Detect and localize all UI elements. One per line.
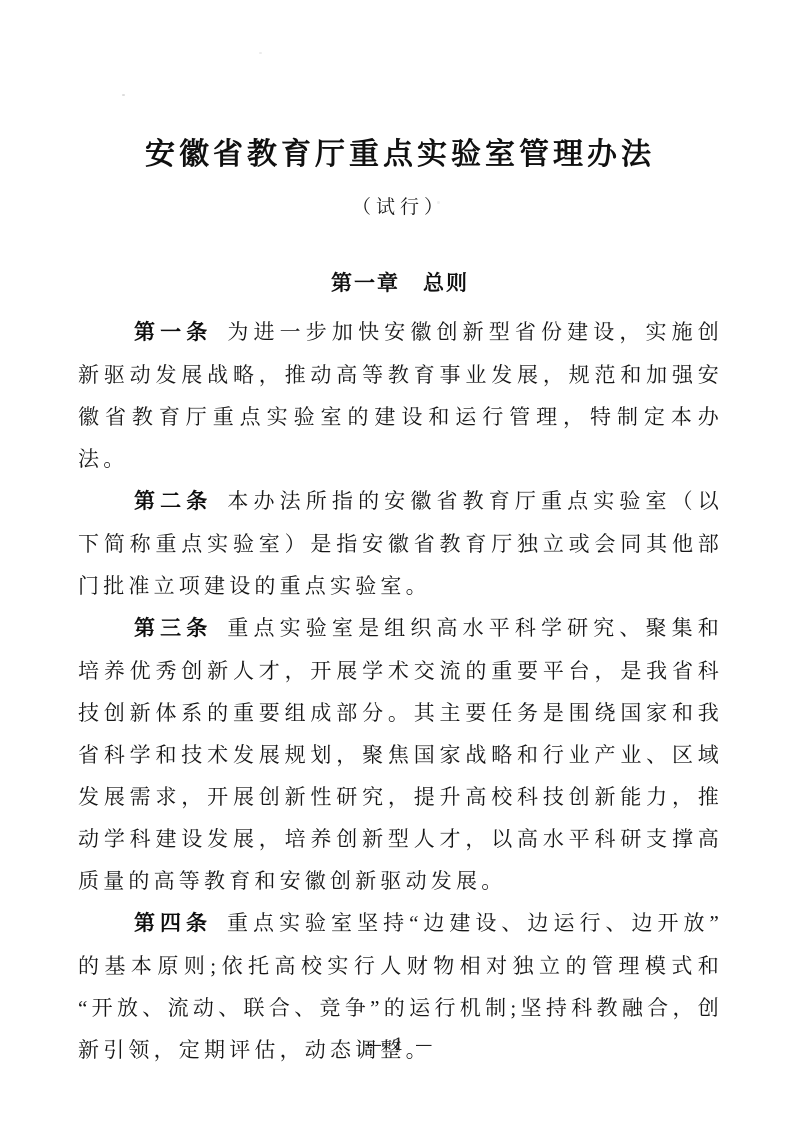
article-1-label: 第一条 (134, 321, 212, 344)
document-subtitle: （试行） (0, 196, 800, 220)
document-title: 安徽省教育厅重点实验室管理办法 (0, 0, 800, 174)
scan-speck (122, 94, 125, 96)
scan-speck (259, 52, 262, 54)
page-number: — 1 — (0, 1035, 800, 1055)
article-3-label: 第三条 (134, 617, 212, 640)
article-paragraph-1: 第一条为进一步加快安徽创新型省份建设，实施创新驱动发展战略，推动高等教育事业发展… (78, 311, 723, 480)
article-paragraph-2: 第二条本办法所指的安徽省教育厅重点实验室（以下简称重点实验室）是指安徽省教育厅独… (78, 480, 723, 607)
document-page: 安徽省教育厅重点实验室管理办法 （试行） 第一章 总则 第一条为进一步加快安徽创… (0, 0, 800, 1131)
document-body: 第一条为进一步加快安徽创新型省份建设，实施创新驱动发展战略，推动高等教育事业发展… (78, 311, 723, 1071)
article-3-text: 重点实验室是组织高水平科学研究、聚集和培养优秀创新人才，开展学术交流的重要平台，… (78, 616, 723, 893)
article-2-label: 第二条 (134, 490, 212, 513)
article-paragraph-3: 第三条重点实验室是组织高水平科学研究、聚集和培养优秀创新人才，开展学术交流的重要… (78, 607, 723, 902)
article-4-label: 第四条 (134, 912, 212, 935)
chapter-heading: 第一章 总则 (0, 270, 800, 298)
scan-speck (437, 201, 440, 204)
